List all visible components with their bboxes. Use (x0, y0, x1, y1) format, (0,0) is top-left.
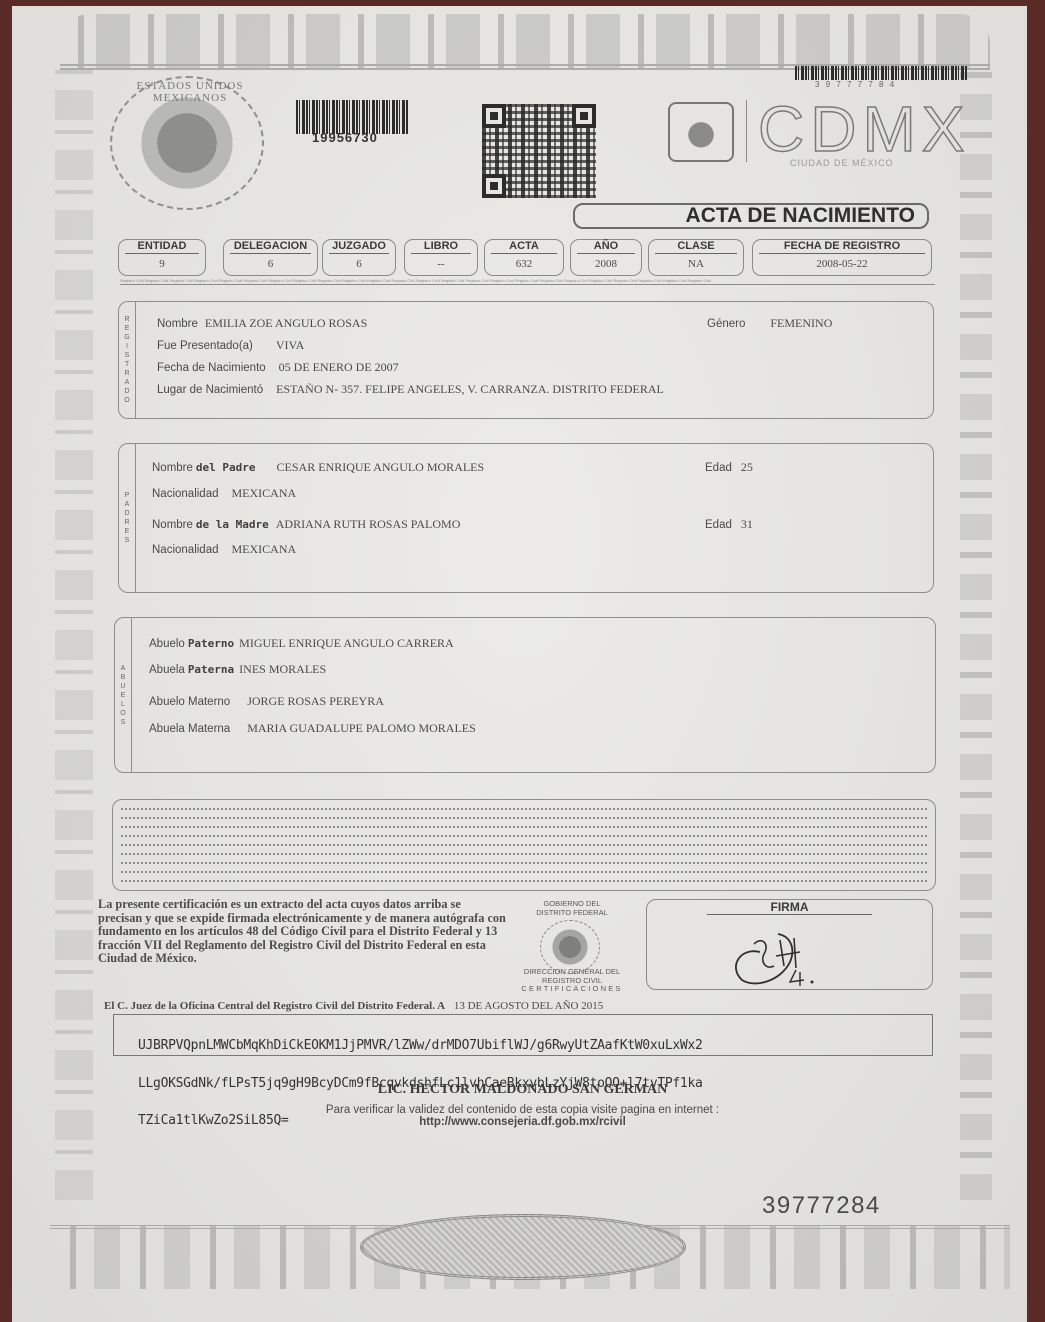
field-value: 6 (323, 258, 395, 270)
side-label-letter: A (121, 664, 126, 673)
side-label-letter: S (121, 718, 126, 727)
ornamental-border-top (60, 14, 990, 70)
verification-notice: Para verificar la validez del contenido … (0, 1104, 1045, 1128)
legal-text: La presente certificación es un extracto… (98, 898, 508, 966)
ornamental-border-left (55, 60, 93, 1210)
side-label-letter: U (120, 682, 125, 691)
fecha-nacimiento-label: Fecha de Nacimiento (157, 362, 266, 374)
padre-label-suffix: del Padre (196, 461, 256, 474)
side-label-letter: B (121, 673, 126, 682)
abuelo-paterno-value: MIGUEL ENRIQUE ANGULO CARRERA (239, 636, 454, 650)
side-label-letter: R (124, 315, 129, 324)
side-label-letter: S (125, 536, 130, 545)
abuela-paterna-value: INES MORALES (239, 662, 326, 676)
field-label: CLASE (655, 240, 737, 254)
field-fecha-registro: FECHA DE REGISTRO 2008-05-22 (752, 239, 932, 276)
madre-value: ADRIANA RUTH ROSAS PALOMO (276, 517, 461, 531)
dotted-line (121, 880, 927, 882)
dotted-line (121, 844, 927, 846)
dotted-line (121, 853, 927, 855)
dotted-line (121, 808, 927, 810)
side-label-letter: I (126, 342, 128, 351)
side-label-letter: D (124, 387, 129, 396)
field-label: AÑO (577, 240, 635, 254)
side-label-letter: G (124, 333, 129, 342)
document-title: ACTA DE NACIMIENTO (573, 203, 929, 229)
hash-line-1: UJBRPVQpnLMWCbMqKhDiCkEOKM1JjPMVR/lZWw/d… (138, 1040, 703, 1053)
qr-code-icon (482, 104, 596, 198)
side-label-padres: PADRES (119, 444, 136, 592)
field-value: -- (405, 258, 477, 270)
padre-value: CESAR ENRIQUE ANGULO MORALES (277, 460, 485, 474)
gov-line-2: DISTRITO FEDERAL (508, 909, 636, 918)
gov-footer-line-3: CERTIFICACIONES (506, 985, 638, 994)
field-value: 2008-05-22 (753, 258, 931, 270)
firma-label: FIRMA (707, 900, 872, 915)
dotted-line (121, 862, 927, 864)
ornamental-border-right (960, 60, 992, 1210)
verification-url[interactable]: http://www.consejeria.df.gob.mx/rcivil (0, 1116, 1045, 1128)
juez-text: El C. Juez de la Oficina Central del Reg… (104, 1000, 445, 1012)
abuelo-paterno-label: Abuelo (149, 638, 185, 650)
verification-text: Para verificar la validez del contenido … (0, 1104, 1045, 1116)
side-label-letter: R (124, 518, 129, 527)
annotations-panel (112, 799, 936, 891)
side-label-letter: A (125, 500, 130, 509)
abuelo-materno-label: Abuelo Materno (149, 696, 230, 708)
lugar-nacimiento-value: ESTAÑO N- 357. FELIPE ANGELES, V. CARRAN… (276, 382, 664, 396)
guilloche-oval (360, 1214, 686, 1280)
abuela-paterna-label-suffix: Paterna (188, 663, 234, 676)
padre-edad-label: Edad (705, 462, 732, 474)
side-label-letter: O (124, 396, 129, 405)
official-name: LIC. HECTOR MALDONADO SAN GERMAN (0, 1082, 1045, 1098)
abuelo-materno-value: JORGE ROSAS PEREYRA (247, 694, 384, 708)
dotted-line (121, 871, 927, 873)
juez-statement: El C. Juez de la Oficina Central del Reg… (104, 1000, 603, 1012)
genero-value: FEMENINO (770, 316, 832, 330)
padre-nacionalidad-value: MEXICANA (232, 486, 297, 500)
gov-heading: GOBIERNO DEL DISTRITO FEDERAL (508, 900, 636, 917)
madre-label: Nombre (152, 519, 193, 531)
barcode-icon (296, 100, 408, 134)
side-label-letter: R (124, 369, 129, 378)
madre-label-suffix: de la Madre (196, 518, 269, 531)
field-label: ENTIDAD (125, 240, 199, 254)
microtext-line: Registro Civil Registro Civil Registro C… (120, 278, 935, 285)
field-label: FECHA DE REGISTRO (759, 240, 925, 254)
side-label-letter: T (125, 360, 129, 369)
nombre-value: EMILIA ZOE ANGULO ROSAS (205, 316, 367, 330)
lugar-nacimiento-label: Lugar de Nacimientó (157, 384, 263, 396)
nombre-label: Nombre (157, 318, 198, 330)
side-label-letter: E (125, 324, 130, 333)
field-juzgado: JUZGADO 6 (322, 239, 396, 276)
field-label: DELEGACION (230, 240, 311, 254)
brand-logo: CDMX (758, 92, 970, 166)
side-label-letter: E (121, 691, 126, 700)
abuela-paterna-label: Abuela (149, 664, 185, 676)
presentado-value: VIVA (276, 338, 304, 352)
cdmx-emblem-icon (668, 102, 734, 162)
brand-subtitle: CIUDAD DE MÉXICO (790, 158, 894, 168)
padre-edad-value: 25 (741, 460, 753, 474)
madre-nacionalidad-value: MEXICANA (232, 542, 297, 556)
registro-civil-seal-icon (540, 920, 600, 974)
field-clase: CLASE NA (648, 239, 744, 276)
genero-label: Género (707, 318, 745, 330)
side-label-abuelos: ABUELOS (115, 618, 132, 772)
field-anio: AÑO 2008 (570, 239, 642, 276)
section-registrado: REGISTRADO Nombre EMILIA ZOE ANGULO ROSA… (118, 301, 934, 419)
dotted-line (121, 817, 927, 819)
field-entidad: ENTIDAD 9 (118, 239, 206, 276)
field-label: LIBRO (411, 240, 471, 254)
field-value: 9 (119, 258, 205, 270)
side-label-letter: O (120, 709, 125, 718)
seal-text: ESTADOS UNIDOS MEXICANOS (125, 80, 255, 104)
field-delegacion: DELEGACION 6 (223, 239, 318, 276)
gov-footer: DIRECCION GENERAL DEL REGISTRO CIVIL CER… (506, 968, 638, 994)
fecha-nacimiento-value: 05 DE ENERO DE 2007 (279, 360, 399, 374)
side-label-letter: A (125, 378, 130, 387)
handwritten-signature-icon (720, 922, 850, 988)
section-abuelos: ABUELOS Abuelo Paterno MIGUEL ENRIQUE AN… (114, 617, 936, 773)
padre-nacionalidad-label: Nacionalidad (152, 488, 219, 500)
abuelo-paterno-label-suffix: Paterno (188, 637, 234, 650)
side-label-letter: D (124, 509, 129, 518)
divider (746, 100, 747, 162)
presentado-label: Fue Presentado(a) (157, 340, 253, 352)
dotted-line (121, 826, 927, 828)
madre-edad-label: Edad (705, 519, 732, 531)
juez-date: 13 DE AGOSTO DEL AÑO 2015 (454, 1000, 603, 1012)
madre-nacionalidad-label: Nacionalidad (152, 544, 219, 556)
padre-label: Nombre (152, 462, 193, 474)
side-label-letter: E (125, 527, 130, 536)
side-label-letter: P (125, 491, 130, 500)
folio-number: 39777284 (762, 1192, 881, 1220)
side-label-registrado: REGISTRADO (119, 302, 136, 418)
field-label: JUZGADO (329, 240, 389, 254)
field-value: 632 (485, 258, 563, 270)
abuela-materna-label: Abuela Materna (149, 723, 230, 735)
folio-barcode-icon (795, 66, 967, 80)
field-value: 6 (224, 258, 317, 270)
side-label-letter: L (121, 700, 125, 709)
field-label: ACTA (491, 240, 557, 254)
electronic-signature-box: UJBRPVQpnLMWCbMqKhDiCkEOKM1JjPMVR/lZWw/d… (113, 1014, 933, 1056)
folio-barcode-digits: 3 9 7 7 7 7 8 4 (815, 80, 896, 89)
section-padres: PADRES Nombre del Padre CESAR ENRIQUE AN… (118, 443, 934, 593)
madre-edad-value: 31 (741, 517, 753, 531)
field-value: NA (649, 258, 743, 270)
field-value: 2008 (571, 258, 641, 270)
abuela-materna-value: MARIA GUADALUPE PALOMO MORALES (247, 721, 476, 735)
dotted-line (121, 835, 927, 837)
side-label-letter: S (125, 351, 130, 360)
field-acta: ACTA 632 (484, 239, 564, 276)
field-libro: LIBRO -- (404, 239, 478, 276)
barcode-number: 19956730 (312, 130, 378, 145)
